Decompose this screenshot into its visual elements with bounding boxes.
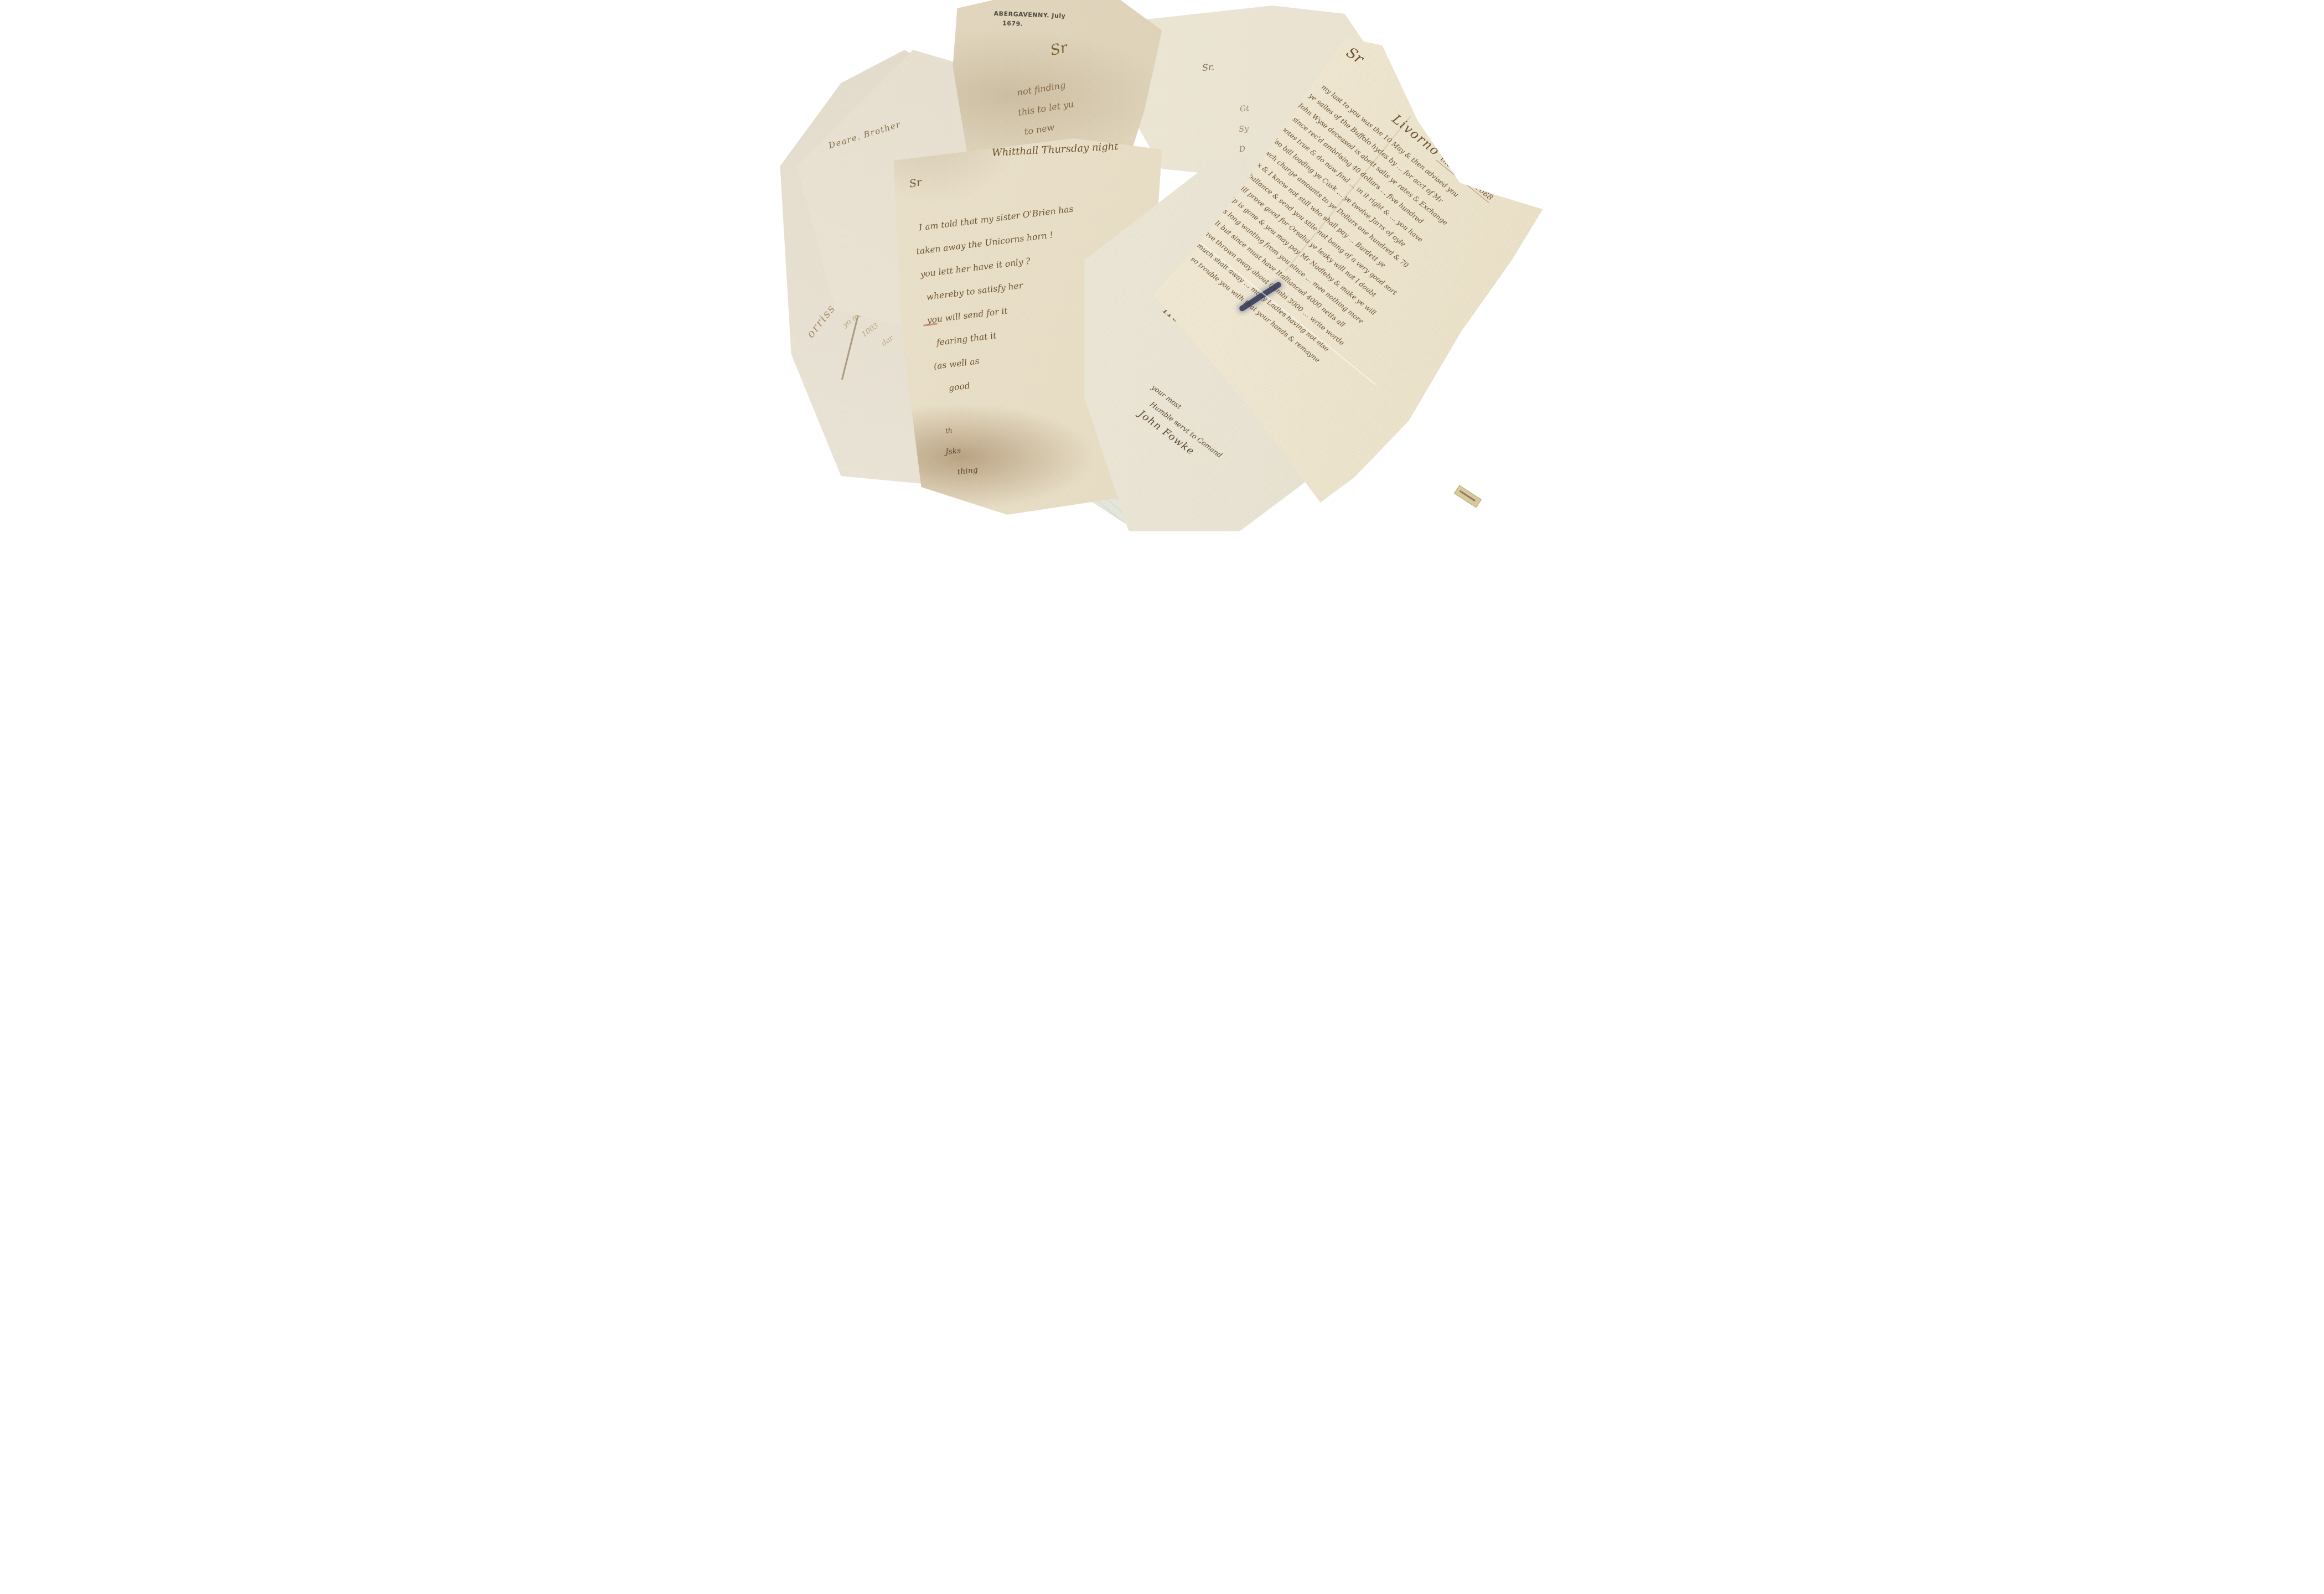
signature-block: your most Humble servt to Comand John Fo…: [1131, 381, 1234, 474]
manuscript-letters-photo: orriss and M yo mag 1003 dar o Deare. Br…: [775, 0, 1550, 531]
archive-tag: [1453, 485, 1481, 508]
abergavenny-salutation: Sr: [1049, 39, 1069, 59]
ink-mark: Sy: [1238, 118, 1252, 140]
livorno-salutation: Sr: [1343, 44, 1366, 68]
top-right-salutation: Sr.: [1202, 61, 1215, 73]
whitehall-salutation: Sr: [908, 176, 923, 190]
top-right-marks: Gt Sy D: [1239, 99, 1255, 159]
whitehall-body: I am told that my sister O'Brien has tak…: [912, 198, 1095, 402]
tag-scribble: [1459, 490, 1476, 502]
fragment-line: Jsks: [944, 438, 976, 463]
abergavenny-stamp: ABERGAVENNY. July 1679.: [993, 9, 1065, 30]
fragment-line: th: [944, 418, 975, 442]
fragment-line: thing: [956, 459, 979, 483]
ink-mark: Gt: [1239, 99, 1250, 120]
whitehall-corner-fragments: th Jsks thing: [944, 418, 979, 484]
